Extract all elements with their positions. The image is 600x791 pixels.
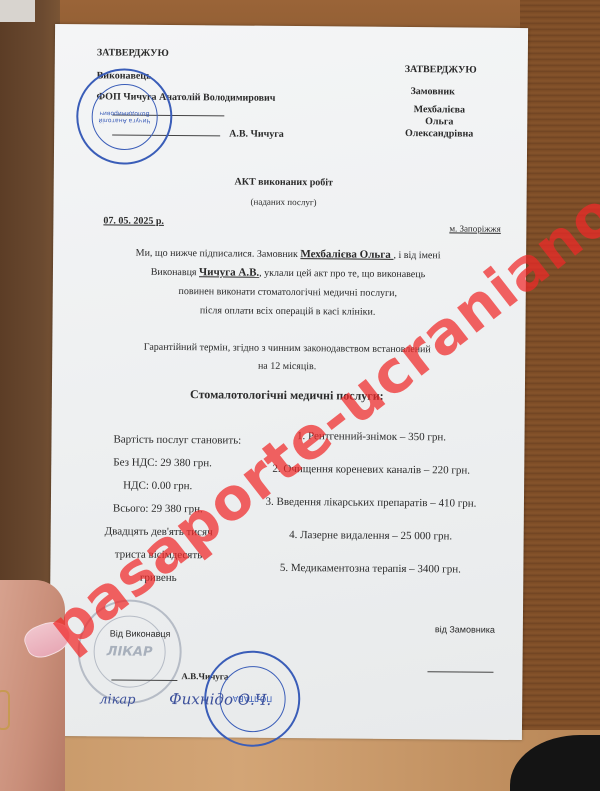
act-document: ЗАТВЕРДЖУЮ Виконавець ФОП Чичуга Анатолі… — [49, 24, 528, 740]
grey-stamp: ЛІКАР — [77, 599, 182, 704]
intro-line-3: повинен виконати стоматологічні медичні … — [53, 284, 523, 301]
contractor-name-inline: Чичуга А.В. — [199, 266, 259, 279]
grey-stamp-text: ЛІКАР — [93, 615, 166, 688]
customer-patronymic: Олександрівна — [384, 127, 494, 141]
left-approve-label: ЗАТВЕРДЖУЮ — [97, 46, 169, 60]
services-heading: Стомалотологічні медичні послуги: — [52, 386, 522, 405]
warranty-line-2: на 12 місяців. — [52, 358, 522, 375]
contractor-stamp-text: Чичуга Анатолій Володимирович — [91, 83, 158, 150]
background-wood-right — [520, 0, 600, 791]
intro-line-1-end: , і від імені — [393, 250, 440, 261]
cost-total: Всього: 29 380 грн. — [113, 502, 203, 516]
cost-words-line-3: гривень — [88, 571, 228, 585]
customer-signature-line — [427, 671, 493, 673]
right-approve-label: ЗАТВЕРДЖУЮ — [405, 63, 477, 77]
cost-words-line-2: триста вісімдесять — [88, 548, 228, 562]
cost-without-vat: Без НДС: 29 380 грн. — [113, 456, 212, 470]
act-city: м. Запоріжжя — [449, 222, 501, 235]
service-item: 1. Рентгенний-знімок – 350 грн. — [221, 429, 521, 445]
act-subtitle: (наданих послуг) — [54, 194, 514, 211]
contractor-signature-name: А.В. Чичуга — [229, 127, 284, 140]
cost-words-line-1: Двадцять дев'ять тисяч — [89, 525, 229, 539]
intro-line-2-start: Виконавця — [151, 267, 199, 278]
intro-line-1: Ми, що нижче підписалися. Замовник Мехба… — [53, 246, 523, 263]
background-panel — [0, 0, 35, 22]
handwritten-role: лікар — [99, 692, 135, 707]
ring — [0, 690, 10, 730]
contractor-stamp: Чичуга Анатолій Володимирович — [76, 68, 173, 165]
intro-line-4: після оплати всіх операцій в касі клінік… — [53, 303, 523, 320]
intro-line-1-start: Ми, що нижче підписалися. Замовник — [136, 248, 301, 260]
intro-line-2: Виконавця Чичуга А.В., уклали цей акт пр… — [53, 265, 523, 282]
service-item: 4. Лазерне видалення – 25 000 грн. — [221, 528, 521, 544]
act-title: АКТ виконаних робіт — [54, 174, 514, 191]
handwritten-signature: Фихнідо О.Ч. — [169, 690, 271, 709]
service-item: 5. Медикаментозна терапія – 3400 грн. — [220, 561, 520, 577]
act-date: 07. 05. 2025 р. — [103, 214, 164, 228]
hand — [0, 580, 65, 791]
warranty-line-1: Гарантійний термін, згідно з чинним зако… — [52, 340, 522, 357]
customer-name-inline: Мехбалієва Ольга — [300, 248, 393, 261]
intro-line-2-end: , уклали цей акт про те, що виконавець — [259, 268, 425, 280]
service-item: 3. Введення лікарських препаратів – 410 … — [221, 495, 521, 511]
right-role-label: Замовник — [410, 85, 455, 98]
cost-vat: НДС: 0.00 грн. — [123, 480, 192, 494]
from-contractor-label: Від Виконавця — [110, 627, 171, 641]
service-item: 2. Очищення кореневих каналів – 220 грн. — [221, 462, 521, 478]
from-customer-label: від Замовника — [435, 623, 495, 637]
